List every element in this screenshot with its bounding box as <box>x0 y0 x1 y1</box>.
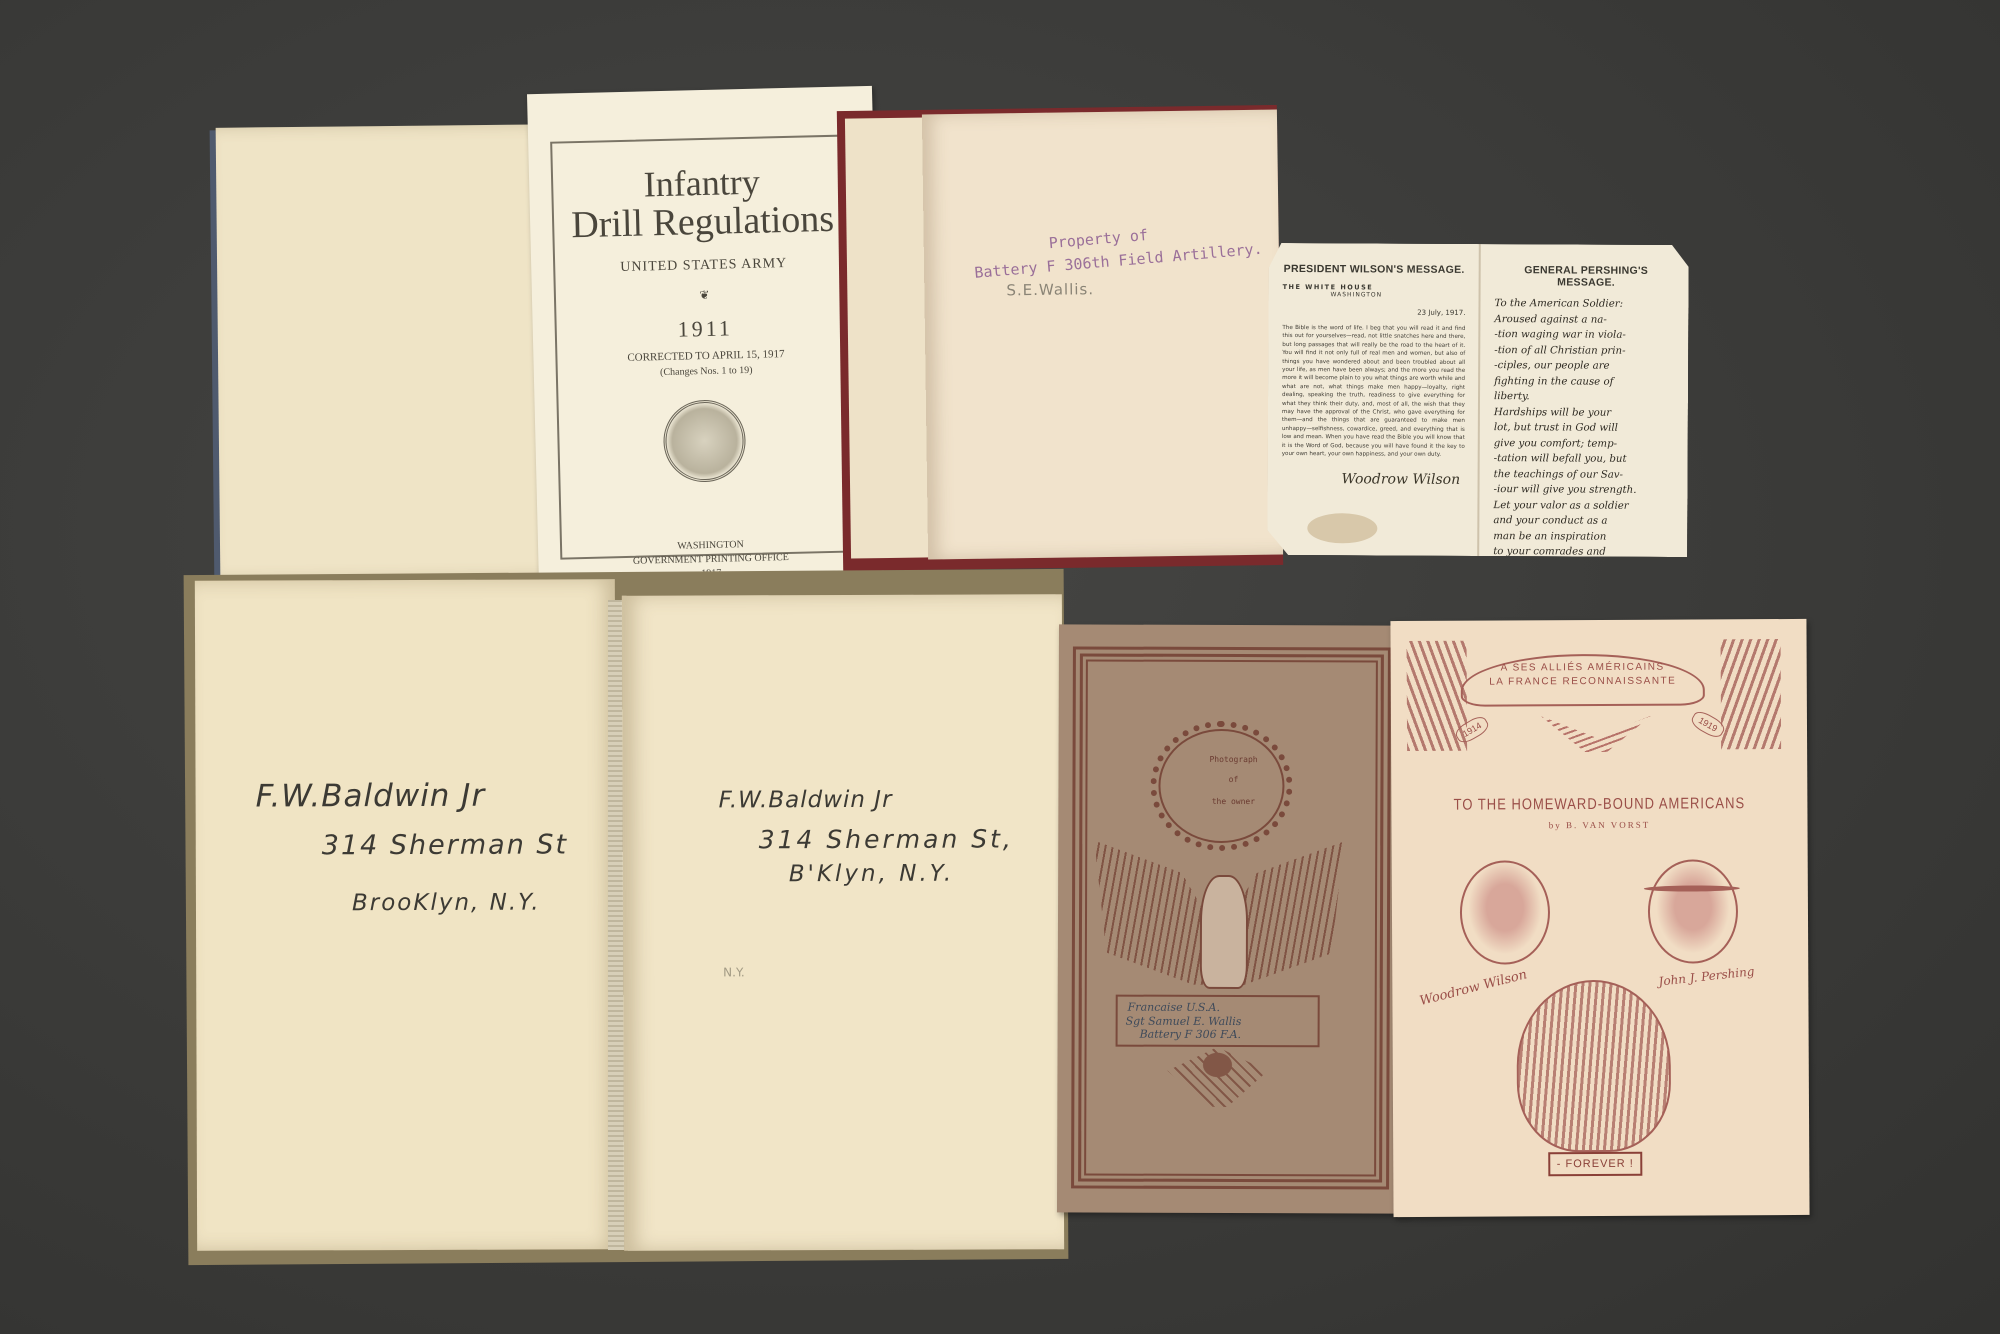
pershing-message: GENERAL PERSHING'S MESSAGE. To the Ameri… <box>1479 244 1686 557</box>
pershing-title: Comdg. <box>1604 596 1643 607</box>
book-title-line2: Drill Regulations <box>530 196 876 248</box>
handwriting-line: an honor to your country. <box>1493 560 1676 576</box>
owner-name: F.W.Baldwin Jr <box>719 787 893 814</box>
handwriting-line: and your conduct as a <box>1493 513 1676 529</box>
wilson-body: The Bible is the word of life. I beg tha… <box>1282 324 1466 459</box>
handwriting-line: lot, but trust in God will <box>1494 420 1677 436</box>
dedication-banner: A SES ALLIÉS AMÉRICAINS LA FRANCE RECONN… <box>1461 653 1705 706</box>
red-book-left-page <box>845 117 931 558</box>
gallic-rooster-icon <box>1200 875 1248 989</box>
baldwin-left-page: F.W.Baldwin Jr 314 Sherman St BrooKlyn, … <box>195 579 617 1250</box>
handwriting-line: to your comrades and <box>1493 544 1676 560</box>
owner-street: 314 Sherman St <box>322 829 568 861</box>
handwriting-line: -tation will befall you, but <box>1494 451 1677 467</box>
washington-label: WASHINGTON <box>1331 291 1466 299</box>
owner-street: 314 Sherman St, <box>759 824 1014 854</box>
handwriting-line: To the American Soldier: <box>1494 296 1677 312</box>
handwriting-line: -tion waging war in viola- <box>1494 327 1677 343</box>
pershing-signature: Pershing <box>1553 577 1676 596</box>
label-line3: Battery F 306 F.A. <box>1140 1028 1241 1041</box>
wilson-signature: Woodrow Wilson <box>1342 471 1465 488</box>
handwriting-line: liberty. <box>1494 389 1677 405</box>
homeward-bound-booklet: A SES ALLIÉS AMÉRICAINS LA FRANCE RECONN… <box>1390 619 1809 1217</box>
handwriting-line: the teachings of our Sav- <box>1494 467 1677 483</box>
booklet-title: TO THE HOMEWARD-BOUND AMERICANS <box>1391 793 1807 813</box>
handwriting-line: give you comfort; temp- <box>1494 436 1677 452</box>
drill-regulations-left-page <box>216 124 566 580</box>
pershing-handwriting: To the American Soldier: Aroused against… <box>1493 296 1677 576</box>
red-book-flyleaf: Property of Battery F 306th Field Artill… <box>922 110 1283 560</box>
handwriting-line: -iour will give you strength. <box>1493 482 1676 498</box>
handwriting-line: -tion of all Christian prin- <box>1494 343 1677 359</box>
drill-regulations-title-page: Infantry Drill Regulations UNITED STATES… <box>527 86 884 590</box>
handwriting-line: Aroused against a na- <box>1494 312 1677 328</box>
faint-mark: N.Y. <box>723 965 745 979</box>
handwriting-line: Hardships will be your <box>1494 405 1677 421</box>
ownership-stamp-line1: Property of <box>1048 226 1149 252</box>
owner-city: BrooKlyn, N.Y. <box>352 890 541 917</box>
forever-motto: - FOREVER ! <box>1548 1152 1642 1176</box>
soldiers-handshake-icon <box>1516 980 1671 1153</box>
wilson-date: 23 July, 1917. <box>1282 308 1465 317</box>
photo-caption-line3: the owner <box>1058 796 1408 806</box>
handwriting-line: Let your valor as a soldier <box>1493 498 1676 514</box>
wilson-message: PRESIDENT WILSON'S MESSAGE. THE WHITE HO… <box>1267 243 1474 556</box>
wilson-heading: PRESIDENT WILSON'S MESSAGE. <box>1283 263 1466 276</box>
pershing-date: Aug 10 '17 <box>1493 595 1548 606</box>
baldwin-right-page: F.W.Baldwin Jr 314 Sherman St, B'Klyn, N… <box>622 594 1064 1251</box>
photo-caption-line1: Photograph <box>1059 754 1409 764</box>
banner-line2: LA FRANCE RECONNAISSANTE <box>1463 675 1703 687</box>
owner-city: B'Klyn, N.Y. <box>789 861 954 888</box>
owner-label-box: Francaise U.S.A. Sgt Samuel E. Wallis Ba… <box>1116 995 1320 1048</box>
handwriting-line: fighting in the cause of <box>1494 374 1677 390</box>
label-line2: Sgt Samuel E. Wallis <box>1126 1015 1242 1028</box>
flag-right-icon <box>1721 639 1782 749</box>
wilson-portrait-icon <box>1460 860 1551 964</box>
pershing-signature: John J. Pershing <box>1658 964 1755 988</box>
wilson-signature: Woodrow Wilson <box>1418 967 1528 1009</box>
eagle-icon <box>1541 716 1651 753</box>
label-line1: Francaise U.S.A. <box>1128 1001 1220 1014</box>
booklet-byline: by B. VAN VORST <box>1391 819 1807 831</box>
banner-line1: A SES ALLIÉS AMÉRICAINS <box>1463 661 1703 673</box>
pershing-dateline: Aug 10 '17 Comdg. <box>1493 595 1643 607</box>
pershing-heading: GENERAL PERSHING'S MESSAGE. <box>1495 264 1678 289</box>
photo-oval-frame <box>1150 721 1292 851</box>
handwriting-line: man be an inspiration <box>1493 529 1676 545</box>
pencil-name: S.E.Wallis. <box>1006 280 1094 299</box>
pershing-portrait-icon <box>1648 859 1739 963</box>
owner-name: F.W.Baldwin Jr <box>256 778 486 815</box>
message-card: PRESIDENT WILSON'S MESSAGE. THE WHITE HO… <box>1267 243 1689 557</box>
owner-photo-booklet: Photograph of the owner Francaise U.S.A.… <box>1057 624 1409 1213</box>
photo-caption-line2: of <box>1058 774 1408 784</box>
handwriting-line: -ciples, our people are <box>1494 358 1677 374</box>
